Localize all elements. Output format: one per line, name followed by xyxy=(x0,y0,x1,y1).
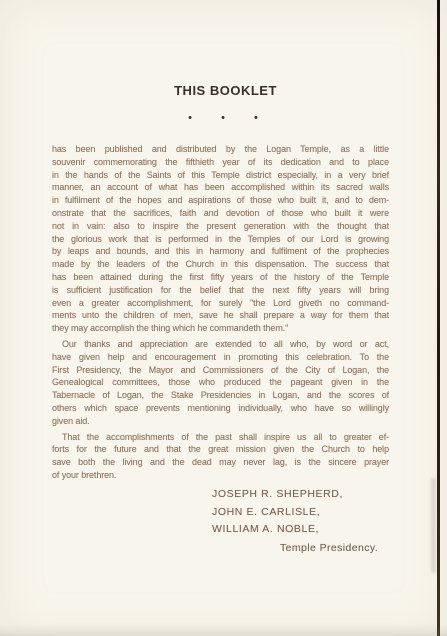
text-line: souvenir commemorating the fifthieth yea… xyxy=(52,156,389,169)
text-line: of your brethren. xyxy=(52,469,389,482)
scanned-booklet-page: THIS BOOKLET • • • has been published an… xyxy=(0,0,447,636)
page-edge-shadow xyxy=(437,0,440,636)
text-line: forts for the future and that the great … xyxy=(52,443,389,456)
signature-block: JOSEPH R. SHEPHERD,JOHN E. CARLISLE,WILL… xyxy=(212,486,378,557)
text-line: they may accomplish the thing which he c… xyxy=(52,322,389,335)
signature-caption: Temple Presidency. xyxy=(280,540,378,558)
signature-name: WILLIAM A. NOBLE, xyxy=(212,521,378,539)
text-line: in the hands of the Saints of this Templ… xyxy=(52,169,389,182)
text-line: have given help and encouragement in pro… xyxy=(52,351,389,364)
text-line: That the accomplishments of the past sha… xyxy=(52,431,389,444)
paragraph: has been published and distributed by th… xyxy=(52,143,389,335)
page-title: THIS BOOKLET xyxy=(57,83,394,98)
signature-name: JOHN E. CARLISLE, xyxy=(212,504,378,522)
text-line: Tabernacle of Logan, the Stake Presidenc… xyxy=(52,389,389,402)
text-line: by leaps and bounds, and this in harmony… xyxy=(52,245,389,258)
text-line: given aid. xyxy=(52,415,389,428)
text-line: Our thanks and appreciation are extended… xyxy=(52,338,389,351)
text-line: Genealogical committees, those who produ… xyxy=(52,376,389,389)
text-line: not in vain: also to inspire the present… xyxy=(52,220,389,233)
text-line: others which space prevents mentioning i… xyxy=(52,402,389,415)
text-line: made by the leaders of the Church in thi… xyxy=(52,258,389,271)
text-line: save both the living and the dead may ne… xyxy=(52,456,389,469)
paragraph: Our thanks and appreciation are extended… xyxy=(52,338,389,428)
text-line: manner, an account of what has been acco… xyxy=(52,181,389,194)
scan-smudge xyxy=(431,478,436,573)
text-line: has been published and distributed by th… xyxy=(52,143,389,156)
text-line: onstrate that the sacrifices, faith and … xyxy=(52,207,389,220)
text-line: First Presidency, the Mayor and Commissi… xyxy=(52,364,389,377)
text-line: in fulfilment of the hopes and aspiratio… xyxy=(52,194,389,207)
text-line: has been attained during the first fifty… xyxy=(52,271,389,284)
text-line: is sufficient justification for the beli… xyxy=(52,284,389,297)
text-line: ments unto the children of men, save he … xyxy=(52,309,389,322)
three-dots-ornament: • • • xyxy=(61,112,398,124)
signature-name: JOSEPH R. SHEPHERD, xyxy=(212,486,378,504)
bottom-scan-shade xyxy=(0,624,447,636)
paragraph: That the accomplishments of the past sha… xyxy=(52,431,389,482)
text-line: even a greater accomplishment, for surel… xyxy=(52,297,389,310)
text-line: the glorious work that is performed in t… xyxy=(52,233,389,246)
body-text: has been published and distributed by th… xyxy=(52,143,389,482)
